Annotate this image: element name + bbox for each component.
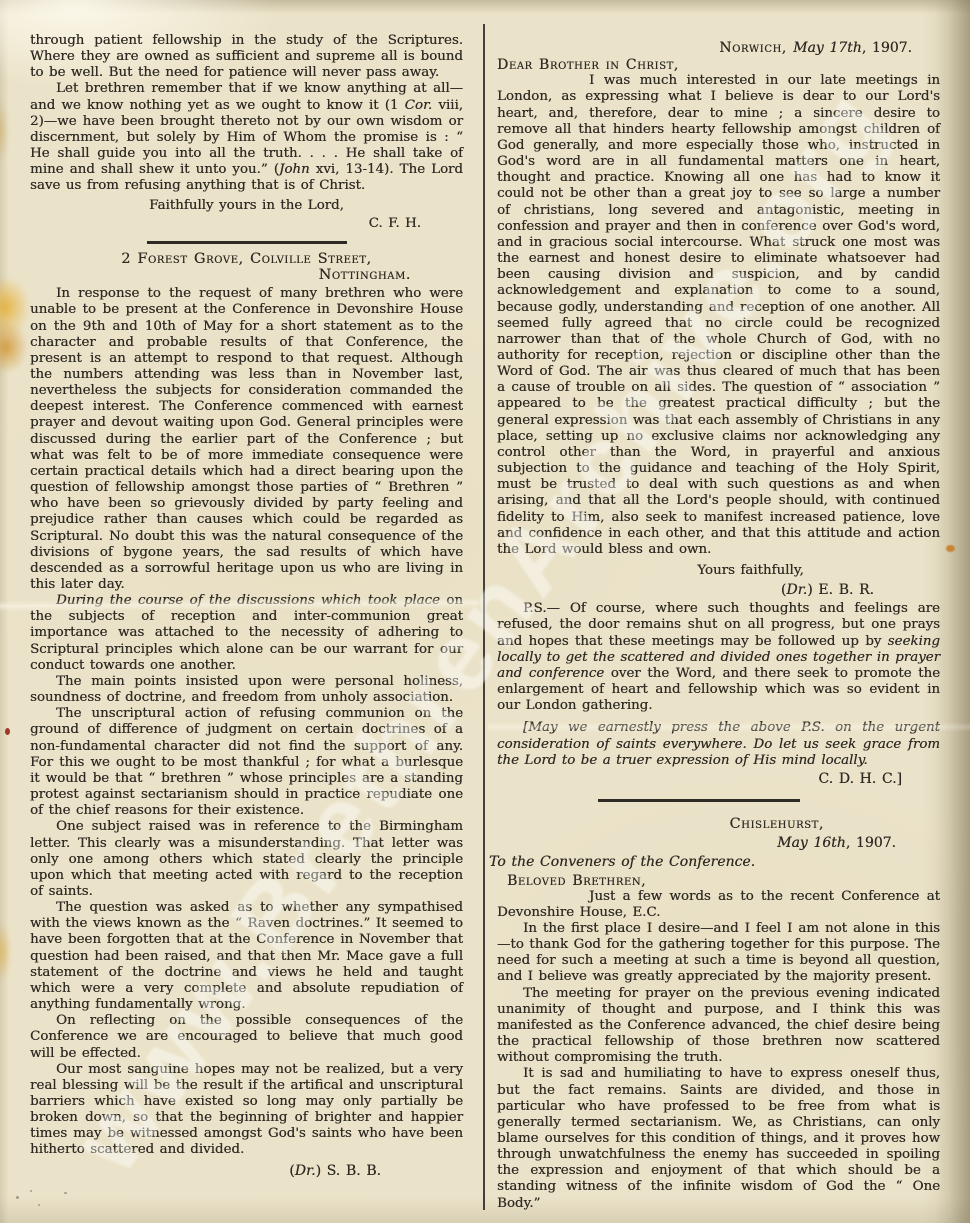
addressee-line: To the Conveners of the Conference. (489, 854, 940, 870)
paragraph-meeting-prayer: The meeting for prayer on the previous e… (497, 986, 940, 1067)
dateline-norwich: Norwich, May 17th, 1907. (497, 40, 940, 56)
paragraph-letter-body: I was much interested in our late meetin… (497, 73, 940, 558)
paragraph-during: During the course of the discussions whi… (30, 593, 463, 674)
paragraph-in-response: In response to the request of many breth… (30, 286, 463, 593)
signature-cdhc: C. D. H. C.] (497, 771, 940, 787)
dateline-date: May 16th, 1907. (497, 835, 940, 851)
paragraph-main-points: The main points insisted upon were perso… (30, 674, 463, 706)
scanned-letter-page: through patient fellowship in the study … (0, 0, 970, 1223)
signature-sbb: (Dr.) S. B. B. (30, 1163, 463, 1179)
paper-speck (38, 1204, 40, 1206)
right-column: Norwich, May 17th, 1907. Dear Brother in… (497, 40, 940, 1212)
paper-stain (946, 545, 955, 552)
signature-ebr: (Dr.) E. B. R. (497, 582, 940, 598)
address-line-2: Nottingham. (30, 267, 463, 283)
paper-speck (16, 1196, 19, 1199)
paragraph-saints-divided: It is sad and humiliating to have to exp… (497, 1066, 940, 1211)
paper-stain (0, 100, 8, 162)
paragraph-one-subject: One subject raised was in reference to t… (30, 819, 463, 900)
section-divider-rule (147, 241, 347, 244)
signature-cfh: C. F. H. (30, 216, 463, 232)
letter-closing: Yours faithfully, (497, 563, 940, 579)
column-divider-rule (483, 24, 485, 1210)
paper-stain (0, 276, 30, 338)
paragraph-first-place: In the first place I desire—and I feel I… (497, 921, 940, 986)
paragraph-editorial-note: [May we earnestly press the above P.S. o… (497, 720, 940, 768)
paragraph-sanguine: Our most sanguine hopes may not be reali… (30, 1062, 463, 1159)
paragraph-just-few-words: Just a few words as to the recent Confer… (497, 889, 940, 921)
paper-speck (30, 1190, 32, 1192)
paragraph-continuation: through patient fellowship in the study … (30, 33, 463, 81)
section-divider-rule (598, 799, 800, 802)
dateline-chislehurst: Chislehurst, (497, 816, 940, 832)
salutation-beloved-brethren: Beloved Brethren, (497, 873, 940, 889)
paper-speck (64, 1192, 67, 1194)
paragraph-unscriptural: The unscriptural action of refusing comm… (30, 706, 463, 819)
paragraph-reflecting: On reflecting on the possible consequenc… (30, 1013, 463, 1061)
left-column: through patient fellowship in the study … (30, 33, 463, 1179)
address-line-1: 2 Forest Grove, Colville Street, (30, 251, 463, 267)
paragraph-postscript: P.S.— Of course, where such thoughts and… (497, 601, 940, 714)
salutation-dear-brother: Dear Brother in Christ, (497, 57, 940, 73)
paper-stain (0, 320, 28, 374)
paragraph-raven-doctrines: The question was asked as to whether any… (30, 900, 463, 1013)
paper-stain (5, 728, 10, 735)
paragraph-let-brethren: Let brethren remember that if we know an… (30, 81, 463, 194)
page-edge-shadow (936, 0, 970, 1223)
letter-closing: Faithfully yours in the Lord, (30, 198, 463, 214)
paper-stain (0, 922, 12, 982)
